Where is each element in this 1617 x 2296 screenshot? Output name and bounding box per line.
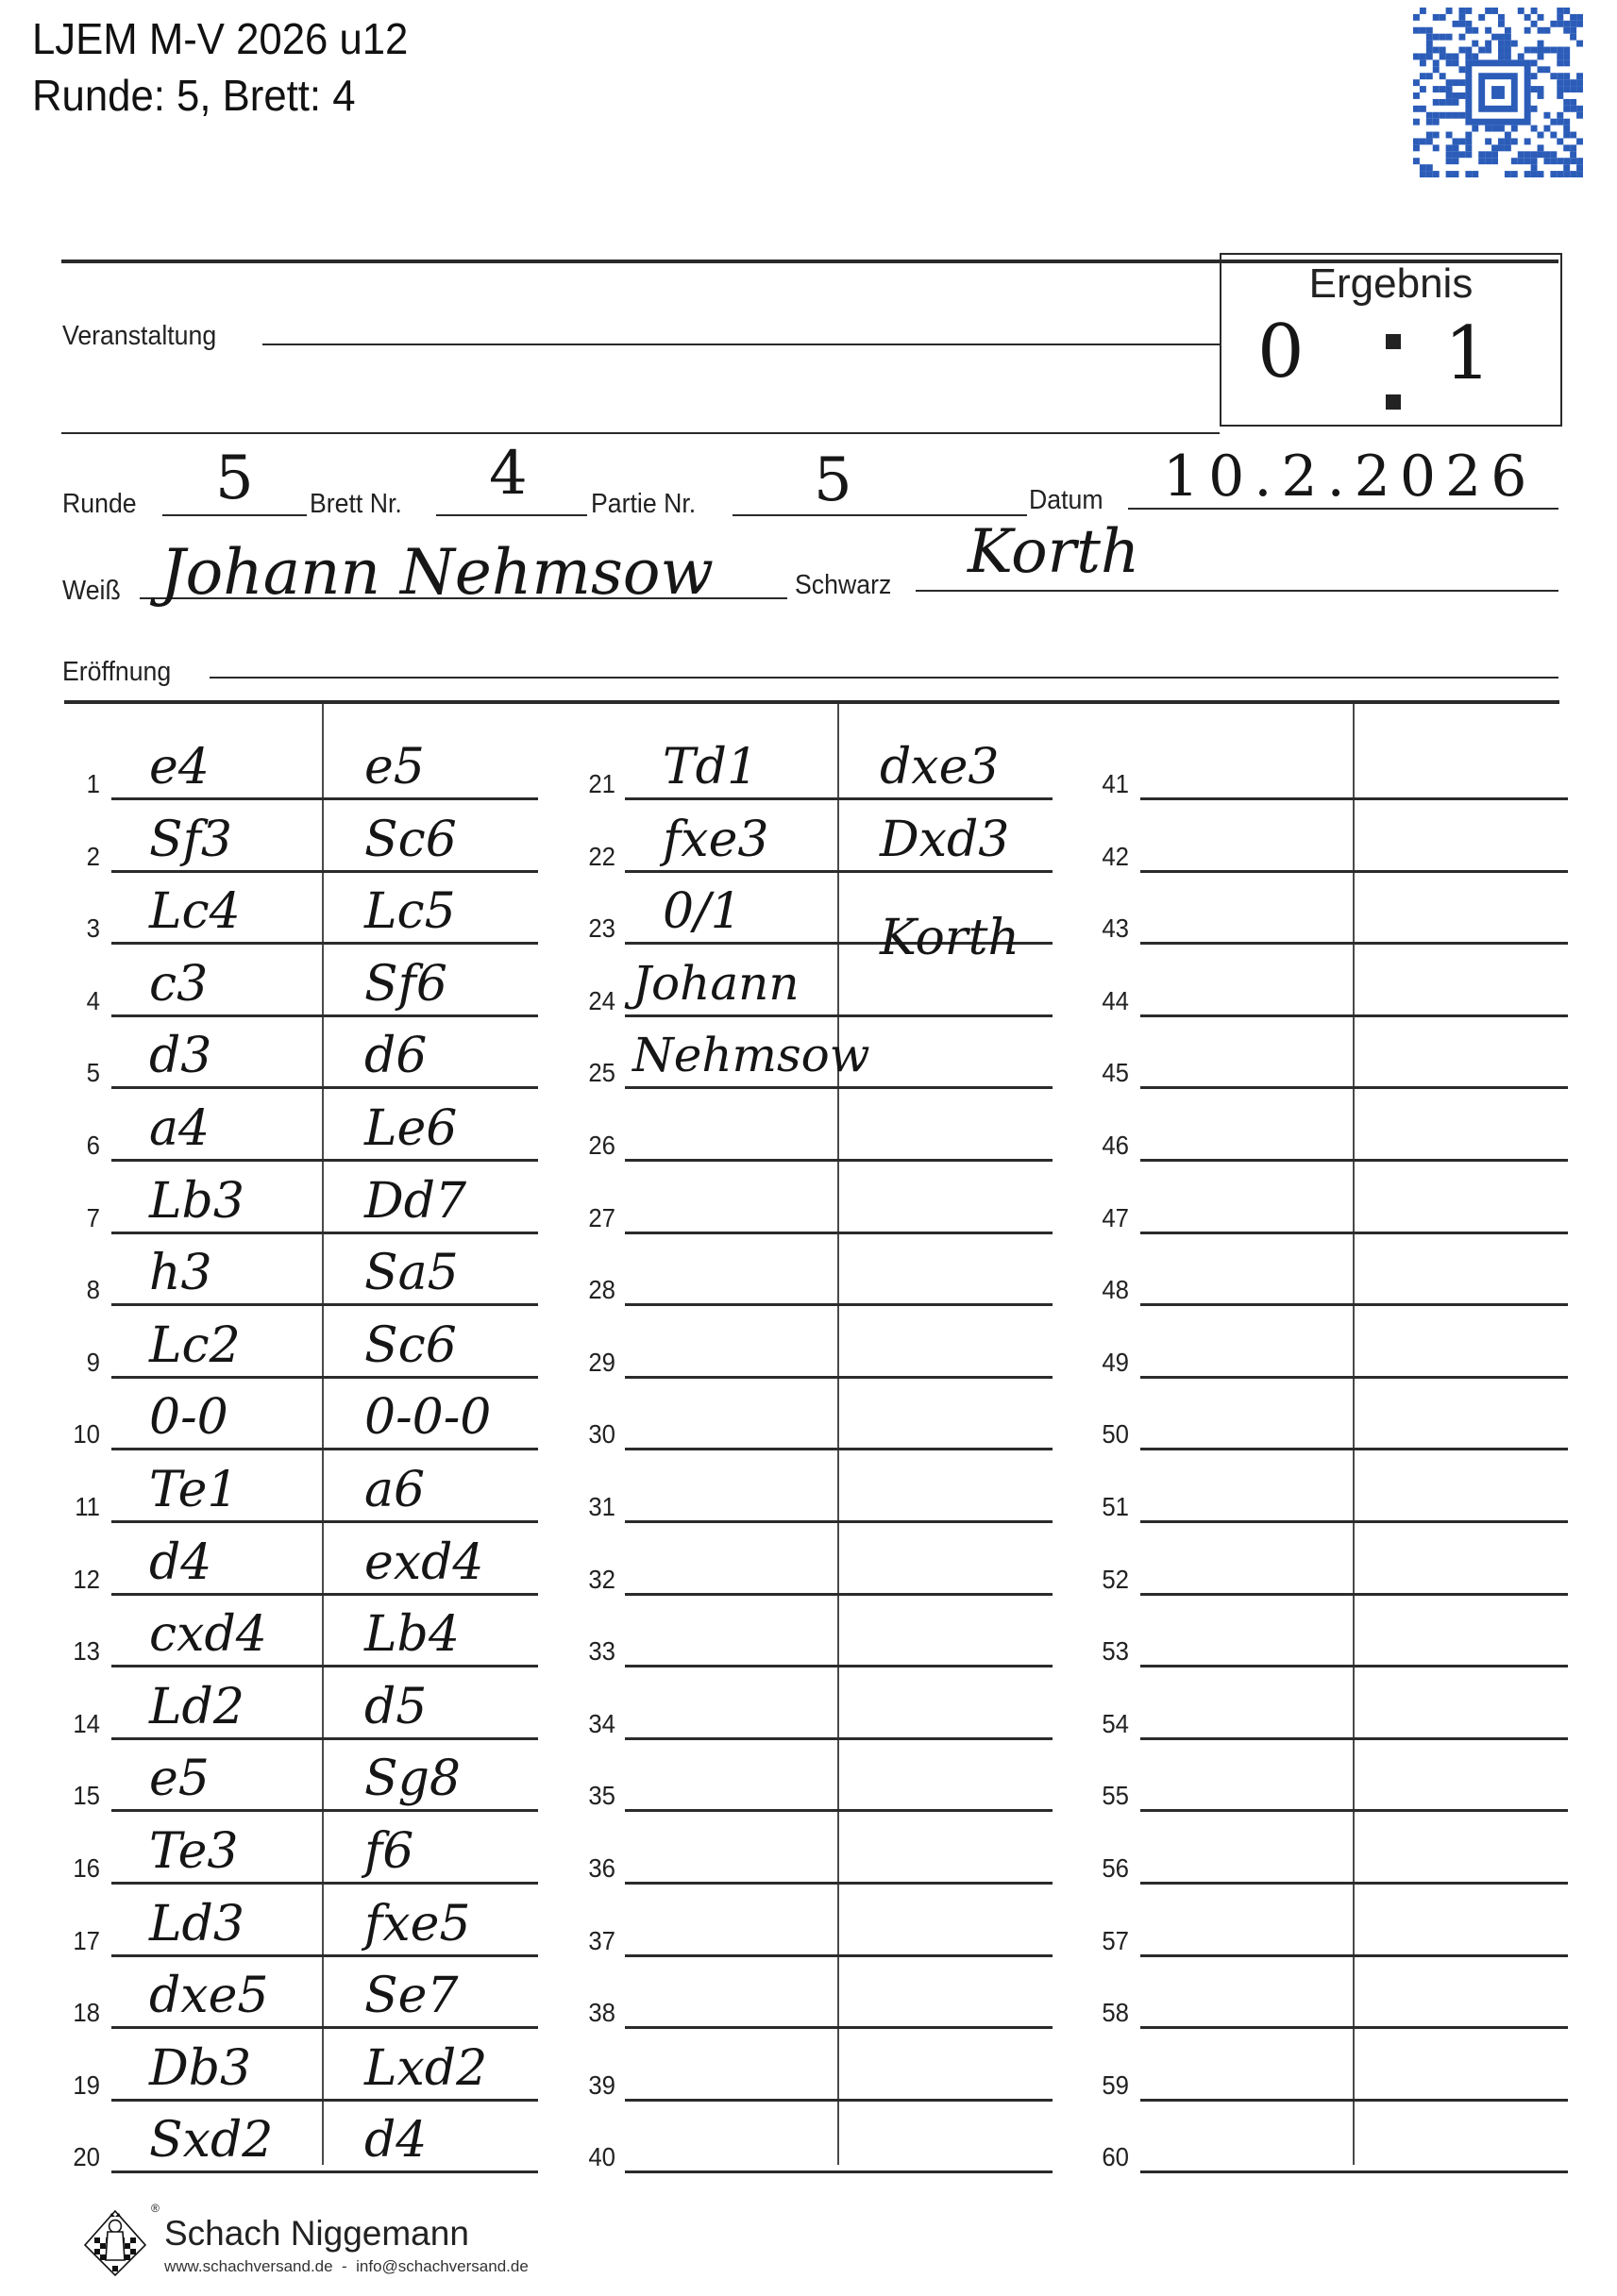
brett-field[interactable] xyxy=(436,514,587,516)
move-number: 59 xyxy=(1086,2070,1129,2101)
black-move[interactable]: fxe5 xyxy=(364,1900,470,1949)
move-line xyxy=(111,1086,538,1089)
move-line xyxy=(1140,1014,1568,1017)
move-number: 6 xyxy=(57,1131,100,1161)
move-number: 37 xyxy=(572,1926,615,1956)
move-line xyxy=(1140,1809,1568,1812)
weiss-value: Johann Nehmsow xyxy=(160,536,714,609)
partie-label: Partie Nr. xyxy=(591,489,696,520)
move-line xyxy=(1140,1520,1568,1523)
move-number: 32 xyxy=(572,1565,615,1595)
move-number: 23 xyxy=(572,913,615,944)
brand-name: Schach Niggemann xyxy=(164,2214,469,2254)
move-line xyxy=(111,1303,538,1306)
white-move[interactable]: Db3 xyxy=(149,2044,251,2093)
move-line xyxy=(1140,2026,1568,2029)
white-move[interactable]: Sxd2 xyxy=(149,2116,273,2165)
move-number: 18 xyxy=(57,1998,100,2028)
white-move[interactable]: fxe3 xyxy=(663,815,768,864)
white-move[interactable]: Lc4 xyxy=(149,887,241,936)
move-line xyxy=(1140,797,1568,800)
move-number: 35 xyxy=(572,1781,615,1811)
move-number: 45 xyxy=(1086,1058,1129,1088)
move-number: 36 xyxy=(572,1853,615,1884)
move-number: 54 xyxy=(1086,1709,1129,1739)
result-separator-dot xyxy=(1386,394,1401,410)
move-line xyxy=(111,2026,538,2029)
move-number: 48 xyxy=(1086,1275,1129,1305)
move-line xyxy=(625,797,1053,800)
move-number: 57 xyxy=(1086,1926,1129,1956)
black-move[interactable]: Se7 xyxy=(364,1971,458,2020)
move-number: 24 xyxy=(572,986,615,1016)
move-line xyxy=(111,942,538,945)
black-move[interactable]: Korth xyxy=(880,913,1019,963)
move-line xyxy=(1140,1593,1568,1596)
sheet-title: LJEM M-V 2026 u12 xyxy=(32,17,408,60)
move-line xyxy=(111,1159,538,1162)
black-move[interactable]: Dxd3 xyxy=(880,815,1009,864)
black-move[interactable]: Sc6 xyxy=(364,815,457,864)
brand-contact: www.schachversand.de - info@schachversan… xyxy=(164,2257,529,2276)
move-line xyxy=(111,1232,538,1234)
black-move[interactable]: a6 xyxy=(364,1466,425,1515)
white-move[interactable]: 0-0 xyxy=(149,1393,228,1442)
move-line xyxy=(625,1303,1053,1306)
black-move[interactable]: Sf6 xyxy=(364,960,447,1009)
black-move[interactable]: Sc6 xyxy=(364,1321,457,1370)
move-number: 44 xyxy=(1086,986,1129,1016)
white-move[interactable]: dxe5 xyxy=(149,1971,268,2020)
move-number: 13 xyxy=(57,1636,100,1667)
move-line xyxy=(111,1520,538,1523)
move-line xyxy=(625,2170,1053,2173)
move-line xyxy=(625,1232,1053,1234)
move-number: 33 xyxy=(572,1636,615,1667)
move-line xyxy=(111,1809,538,1812)
black-move[interactable]: Lb4 xyxy=(364,1610,460,1659)
move-number: 58 xyxy=(1086,1998,1129,2028)
move-number: 10 xyxy=(57,1419,100,1450)
move-number: 15 xyxy=(57,1781,100,1811)
runde-value: 5 xyxy=(215,444,254,513)
move-number: 53 xyxy=(1086,1636,1129,1667)
veranstaltung-field[interactable] xyxy=(262,344,1220,345)
datum-value: 10.2.2026 xyxy=(1163,444,1536,510)
move-number: 19 xyxy=(57,2070,100,2101)
weiss-label: Weiß xyxy=(62,576,121,607)
move-number: 39 xyxy=(572,2070,615,2101)
move-line xyxy=(625,1159,1053,1162)
white-move[interactable]: e4 xyxy=(149,743,210,792)
move-number: 60 xyxy=(1086,2142,1129,2172)
eroeffnung-field[interactable] xyxy=(210,677,1558,679)
black-move[interactable]: Dd7 xyxy=(364,1177,466,1226)
move-number: 52 xyxy=(1086,1565,1129,1595)
result-label: Ergebnis xyxy=(1221,260,1560,308)
black-move[interactable]: Lc5 xyxy=(364,887,456,936)
black-move[interactable]: e5 xyxy=(364,743,425,792)
runde-label: Runde xyxy=(62,489,137,520)
move-line xyxy=(625,1086,1053,1089)
black-move[interactable]: exd4 xyxy=(364,1538,483,1587)
move-line xyxy=(1140,870,1568,873)
qr-code-icon xyxy=(1413,8,1583,177)
result-box: Ergebnis 0 1 xyxy=(1220,253,1562,427)
partie-field[interactable] xyxy=(733,514,1027,516)
sheet-subtitle: Runde: 5, Brett: 4 xyxy=(32,74,356,117)
black-move[interactable]: d6 xyxy=(364,1031,427,1081)
white-move[interactable]: Te1 xyxy=(149,1466,239,1515)
datum-label: Datum xyxy=(1029,485,1103,516)
move-line xyxy=(625,1954,1053,1957)
white-move[interactable]: Te3 xyxy=(149,1827,239,1876)
move-line xyxy=(625,1809,1053,1812)
table-top-rule xyxy=(64,700,1559,704)
white-move[interactable]: c3 xyxy=(149,960,208,1009)
column-divider xyxy=(322,704,324,2165)
move-number: 12 xyxy=(57,1565,100,1595)
move-line xyxy=(111,1737,538,1740)
black-move[interactable]: dxe3 xyxy=(880,743,999,792)
move-number: 20 xyxy=(57,2142,100,2172)
move-line xyxy=(111,2099,538,2102)
move-line xyxy=(1140,1376,1568,1379)
move-line xyxy=(111,1665,538,1668)
brett-value: 4 xyxy=(489,439,528,509)
move-number: 16 xyxy=(57,1853,100,1884)
move-number: 21 xyxy=(572,769,615,799)
move-number: 1 xyxy=(57,769,100,799)
brett-label: Brett Nr. xyxy=(310,489,402,520)
partie-value: 5 xyxy=(814,445,852,515)
divider xyxy=(61,432,1220,434)
veranstaltung-label: Veranstaltung xyxy=(62,321,216,352)
black-move[interactable]: d5 xyxy=(364,1683,427,1732)
white-move[interactable]: d4 xyxy=(149,1538,211,1587)
black-move[interactable]: 0-0-0 xyxy=(364,1393,491,1442)
black-move[interactable]: Lxd2 xyxy=(364,2044,487,2093)
move-number: 25 xyxy=(572,1058,615,1088)
move-number: 29 xyxy=(572,1348,615,1378)
move-number: 11 xyxy=(57,1492,100,1522)
schwarz-value: Korth xyxy=(968,517,1139,587)
move-line xyxy=(625,1882,1053,1885)
move-number: 56 xyxy=(1086,1853,1129,1884)
move-number: 2 xyxy=(57,842,100,872)
move-line xyxy=(111,1376,538,1379)
move-number: 4 xyxy=(57,986,100,1016)
move-number: 49 xyxy=(1086,1348,1129,1378)
move-line xyxy=(1140,1665,1568,1668)
white-move[interactable]: Ld3 xyxy=(149,1900,244,1949)
move-line xyxy=(111,1014,538,1017)
white-move[interactable]: Ld2 xyxy=(149,1683,244,1732)
move-line xyxy=(625,2026,1053,2029)
move-line xyxy=(625,1520,1053,1523)
move-line xyxy=(1140,1737,1568,1740)
move-number: 14 xyxy=(57,1709,100,1739)
white-move[interactable]: Td1 xyxy=(663,743,758,792)
move-number: 8 xyxy=(57,1275,100,1305)
move-number: 7 xyxy=(57,1203,100,1233)
move-line xyxy=(625,1593,1053,1596)
move-line xyxy=(111,1882,538,1885)
move-number: 9 xyxy=(57,1348,100,1378)
move-line xyxy=(1140,1954,1568,1957)
result-white-score[interactable]: 0 xyxy=(1257,310,1305,394)
column-divider xyxy=(837,704,839,2165)
white-move[interactable]: cxd4 xyxy=(149,1610,267,1659)
move-number: 17 xyxy=(57,1926,100,1956)
move-line xyxy=(111,1448,538,1450)
move-line xyxy=(111,1593,538,1596)
move-line xyxy=(625,1448,1053,1450)
move-line xyxy=(625,1376,1053,1379)
move-number: 22 xyxy=(572,842,615,872)
move-number: 3 xyxy=(57,913,100,944)
move-line xyxy=(1140,1303,1568,1306)
white-move[interactable]: 0/1 xyxy=(663,887,742,936)
move-line xyxy=(111,1954,538,1957)
move-number: 28 xyxy=(572,1275,615,1305)
move-number: 30 xyxy=(572,1419,615,1450)
runde-field[interactable] xyxy=(162,514,307,516)
move-line xyxy=(1140,1448,1568,1450)
move-line xyxy=(625,870,1053,873)
registered-mark: ® xyxy=(151,2202,160,2215)
result-separator-dot xyxy=(1386,334,1401,349)
black-move[interactable]: f6 xyxy=(364,1827,413,1876)
move-line xyxy=(1140,2170,1568,2173)
schwarz-label: Schwarz xyxy=(795,570,891,601)
move-number: 50 xyxy=(1086,1419,1129,1450)
white-move[interactable]: a4 xyxy=(149,1104,210,1153)
move-number: 41 xyxy=(1086,769,1129,799)
white-move[interactable]: h3 xyxy=(149,1249,212,1298)
move-line xyxy=(625,1014,1053,1017)
chess-king-logo-icon xyxy=(77,2204,153,2279)
move-number: 5 xyxy=(57,1058,100,1088)
schwarz-field[interactable] xyxy=(916,590,1558,592)
move-number: 27 xyxy=(572,1203,615,1233)
move-number: 34 xyxy=(572,1709,615,1739)
white-move[interactable]: e5 xyxy=(149,1754,210,1803)
white-move[interactable]: Sf3 xyxy=(149,815,232,864)
move-line xyxy=(111,2170,538,2173)
move-line xyxy=(1140,1882,1568,1885)
move-number: 42 xyxy=(1086,842,1129,872)
move-line xyxy=(111,870,538,873)
white-move[interactable]: Johann xyxy=(632,960,800,1007)
move-line xyxy=(625,2099,1053,2102)
move-number: 55 xyxy=(1086,1781,1129,1811)
black-move[interactable]: Le6 xyxy=(364,1104,457,1153)
move-number: 51 xyxy=(1086,1492,1129,1522)
move-number: 31 xyxy=(572,1492,615,1522)
move-number: 38 xyxy=(572,1998,615,2028)
move-line xyxy=(1140,1086,1568,1089)
black-move[interactable]: Sg8 xyxy=(364,1754,461,1803)
column-divider xyxy=(1353,704,1355,2165)
eroeffnung-label: Eröffnung xyxy=(62,657,171,688)
white-move[interactable]: d3 xyxy=(149,1031,211,1081)
black-move[interactable]: Sa5 xyxy=(364,1249,459,1298)
move-number: 40 xyxy=(572,2142,615,2172)
white-move[interactable]: Nehmsow xyxy=(632,1031,870,1079)
move-number: 43 xyxy=(1086,913,1129,944)
move-line xyxy=(111,797,538,800)
move-number: 46 xyxy=(1086,1131,1129,1161)
move-line xyxy=(625,1737,1053,1740)
move-line xyxy=(625,1665,1053,1668)
move-number: 26 xyxy=(572,1131,615,1161)
move-line xyxy=(1140,1159,1568,1162)
move-line xyxy=(1140,942,1568,945)
move-number: 47 xyxy=(1086,1203,1129,1233)
white-move[interactable]: Lb3 xyxy=(149,1177,244,1226)
move-line xyxy=(1140,2099,1568,2102)
move-line xyxy=(1140,1232,1568,1234)
black-move[interactable]: d4 xyxy=(364,2116,427,2165)
result-black-score[interactable]: 1 xyxy=(1444,311,1491,396)
white-move[interactable]: Lc2 xyxy=(149,1321,241,1370)
